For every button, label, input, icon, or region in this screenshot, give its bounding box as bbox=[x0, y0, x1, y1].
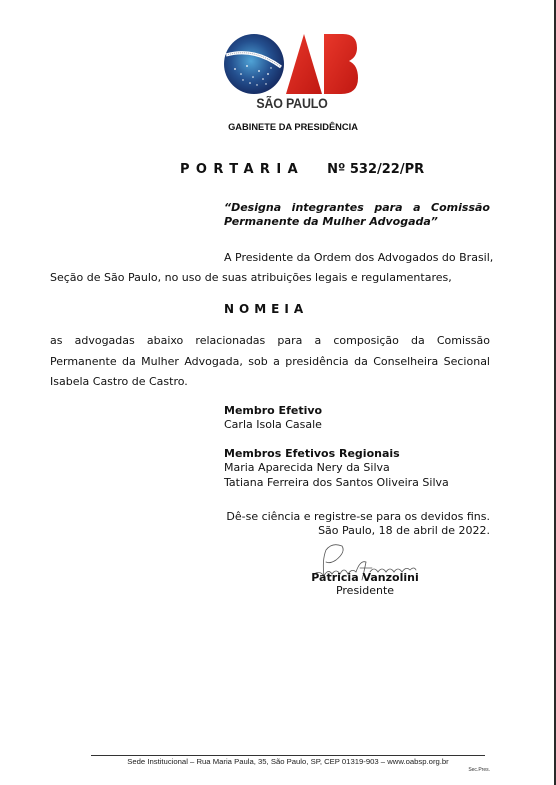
signer-role: Presidente bbox=[300, 584, 430, 597]
body-line-3: Isabela Castro de Castro. bbox=[50, 372, 490, 393]
logo-subtitle: SÃO PAULO bbox=[237, 96, 347, 111]
member-name: Carla Isola Casale bbox=[224, 418, 322, 431]
body-line-2: Permanente da Mulher Advogada, sob a pre… bbox=[50, 352, 490, 373]
body-paragraph: as advogadas abaixo relacionadas para a … bbox=[50, 331, 490, 393]
title-number: Nº 532/22/PR bbox=[327, 162, 424, 177]
ementa-line-2: Permanente da Mulher Advogada” bbox=[224, 215, 438, 228]
closing-date: São Paulo, 18 de abril de 2022. bbox=[224, 524, 490, 538]
action-heading: NOMEIA bbox=[224, 302, 308, 316]
oab-logo-icon bbox=[223, 33, 359, 95]
department-name: GABINETE DA PRESIDÊNCIA bbox=[223, 122, 363, 132]
body-line-1: as advogadas abaixo relacionadas para a … bbox=[50, 331, 490, 352]
footer-address: Sede Institucional – Rua Maria Paula, 35… bbox=[91, 757, 485, 766]
title-word: PORTARIA bbox=[180, 162, 304, 177]
closing-line-1: Dê-se ciência e registre-se para os devi… bbox=[224, 510, 490, 524]
preamble-line-1: A Presidente da Ordem dos Advogados do B… bbox=[224, 251, 490, 264]
closing: Dê-se ciência e registre-se para os devi… bbox=[224, 510, 490, 537]
document-title: PORTARIA Nº 532/22/PR bbox=[180, 162, 424, 177]
footer-divider bbox=[91, 755, 485, 756]
document-page: SÃO PAULO GABINETE DA PRESIDÊNCIA PORTAR… bbox=[0, 0, 556, 785]
ementa: “Designa integrantes para a Comissão Per… bbox=[224, 201, 490, 229]
member-name: Tatiana Ferreira dos Santos Oliveira Sil… bbox=[224, 476, 449, 489]
section-heading-membros-regionais: Membros Efetivos Regionais bbox=[224, 447, 400, 460]
signer-name: Patricia Vanzolini bbox=[300, 571, 430, 584]
section-heading-membro-efetivo: Membro Efetivo bbox=[224, 404, 322, 417]
preamble-line-2: Seção de São Paulo, no uso de suas atrib… bbox=[50, 271, 452, 284]
footer-code: Sec.Pres. bbox=[440, 767, 490, 773]
ementa-line-1: “Designa integrantes para a Comissão bbox=[224, 201, 490, 215]
member-name: Maria Aparecida Nery da Silva bbox=[224, 461, 390, 474]
